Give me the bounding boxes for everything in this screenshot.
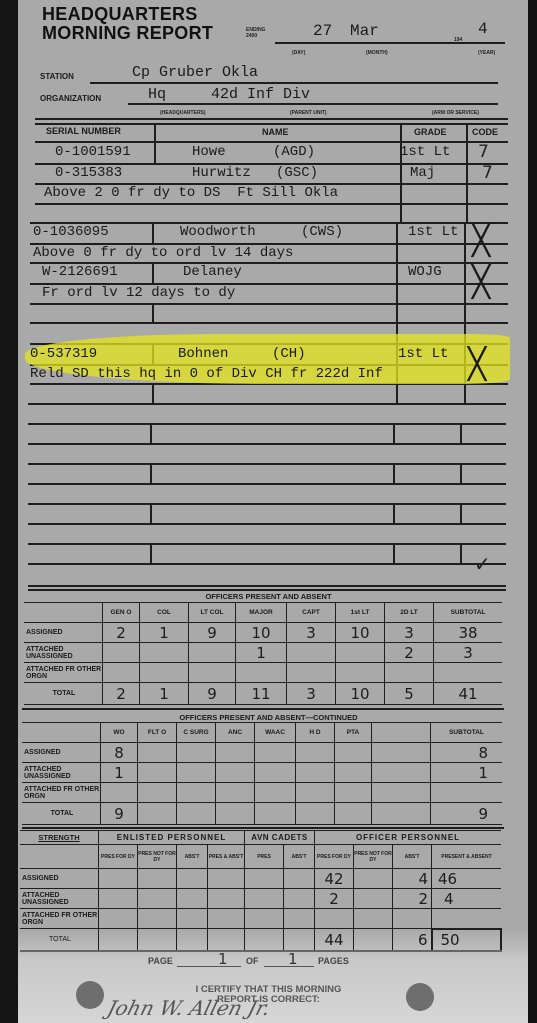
cell [138,783,177,803]
section-divider [22,708,504,710]
page-underline [177,966,241,967]
cell [431,783,503,803]
roster-name: Howe [192,144,226,160]
cell [385,663,434,683]
roster-grade: WOJG [408,264,442,280]
cell [138,909,177,929]
row-label: ATTACHED FR OTHER ORGN [22,783,101,803]
cell [189,663,236,683]
cell: 9 [189,623,236,643]
cell [354,869,393,889]
cell: 44 [315,929,354,951]
col-major: MAJOR [236,603,287,623]
cell [140,643,189,663]
cell [284,929,315,951]
col-hd: H D [296,723,335,743]
col-off-pres-not-for-dy: PRES NOT FOR DY [354,845,393,869]
cell [208,909,245,929]
col-1st-lt: 1st LT [336,603,385,623]
strength-table: STRENGTH ENLISTED PERSONNEL AVN CADETS O… [20,830,502,952]
cell [372,763,431,783]
cell [245,869,284,889]
roster-name: Hurwitz [192,165,251,181]
roster-grade: 1st Lt [408,224,458,240]
cell [216,803,255,825]
row-label: ASSIGNED [22,743,101,763]
cell [336,643,385,663]
roster-line [35,141,508,143]
cell: 3 [287,683,336,705]
col-pres-abst: PRES & ABS'T [208,845,245,869]
roster-line [30,322,508,324]
cell [177,783,216,803]
roster-col-divider [152,383,154,403]
col-pta: PTA [335,723,372,743]
cell: 1 [140,683,189,705]
cell: 2 [103,683,140,705]
cell [354,889,393,909]
report-month: Mar [350,22,379,40]
roster-col-divider [460,543,462,563]
cell [177,763,216,783]
cell [255,783,296,803]
cell [287,663,336,683]
cell: 2 [393,889,432,909]
cell [434,663,503,683]
cell [177,889,208,909]
cell: 38 [434,623,503,643]
roster-line [28,503,506,505]
cell [335,763,372,783]
organization-label: ORGANIZATION [40,94,101,103]
cell: 1 [236,643,287,663]
roster-bottom-line [28,585,506,587]
cell: 50 [432,929,502,951]
form-title-line1: HEADQUARTERS [42,5,198,24]
roster-line [28,423,506,425]
code-x-mark: ╳ [468,350,486,380]
group-enlisted: ENLISTED PERSONNEL [99,831,245,845]
cell [208,929,245,951]
form-title-line2: MORNING REPORT [42,24,213,43]
col-lt-col: LT COL [189,603,236,623]
group-avn-cadets: AVN CADETS [245,831,315,845]
strength-label: STRENGTH [20,831,99,845]
header-divider [35,118,508,120]
cell [245,909,284,929]
roster-branch: (CH) [272,346,306,362]
roster-col-divider [152,222,154,243]
report-year: 4 [478,20,488,38]
roster-name: Woodworth [180,224,256,240]
row-label: ATTACHED FR OTHER ORGN [20,909,99,929]
col-name: NAME [262,127,289,137]
of-label: OF [246,956,259,966]
row-label: TOTAL [22,803,101,825]
col-code: CODE [472,127,498,137]
roster-grade: 1st Lt [400,144,450,160]
cell [245,929,284,951]
roster-serial: 0-1001591 [55,144,131,160]
cell: 3 [434,643,503,663]
code-x-mark: ╳ [472,226,490,256]
cell [296,783,335,803]
cell [372,783,431,803]
col-subtotal: SUBTOTAL [431,723,503,743]
cell: 2 [315,889,354,909]
group-officer: OFFICER PERSONNEL [315,831,502,845]
cell [216,743,255,763]
cell [296,803,335,825]
roster-line [28,523,506,525]
roster-serial: 0-1036095 [33,224,109,240]
row-label: ASSIGNED [20,869,99,889]
cell: 1 [140,623,189,643]
row-label: TOTAL [20,929,99,951]
roster-serial: 0-537319 [30,346,97,362]
roster-remark: Fr ord lv 12 days to dy [42,285,235,301]
cell [296,763,335,783]
officers-continued-title: OFFICERS PRESENT AND ABSENT—CONTINUED [0,713,537,722]
roster-line [35,203,508,205]
station-underline [90,82,498,84]
station-label: STATION [40,72,74,81]
cell [255,763,296,783]
cell [255,743,296,763]
arm-caption: (ARM OR SERVICE) [432,110,479,116]
roster-line [28,563,506,565]
cell: 6 [393,929,432,951]
roster-col-divider [460,463,462,483]
cell [336,663,385,683]
cell [284,909,315,929]
row-label: ATTACHED UNASSIGNED [20,889,99,909]
cell: 9 [431,803,503,825]
col-grade: GRADE [414,127,447,137]
parent-unit-caption: (PARENT UNIT) [290,110,327,116]
row-label: TOTAL [24,683,103,705]
cell [177,909,208,929]
cell [335,743,372,763]
right-scan-border [528,0,537,1023]
month-caption: (MONTH) [366,50,388,56]
roster-col-divider [460,503,462,523]
cell [138,869,177,889]
cell [99,909,138,929]
cell [138,763,177,783]
cell [208,869,245,889]
cell [103,663,140,683]
cell: 9 [101,803,138,825]
cell [138,743,177,763]
cell: 2 [385,643,434,663]
roster-line [28,403,506,405]
roster-col-divider [393,503,395,523]
cell [99,869,138,889]
row-label: ATTACHED UNASSIGNED [24,643,103,663]
cell: 8 [431,743,503,763]
roster-col-divider [150,503,152,523]
roster-branch: (AGD) [273,144,315,160]
roster-col-divider [460,423,462,443]
roster-remark: Above 2 0 fr dy to DS Ft Sill Okla [44,185,338,201]
cell [177,803,216,825]
roster-col-divider [393,423,395,443]
cell [177,869,208,889]
signature: John W. Allen Jr. [105,996,273,1020]
cell [138,803,177,825]
cell [177,743,216,763]
officers-table-title: OFFICERS PRESENT AND ABSENT [0,592,537,601]
cell: 1 [101,763,138,783]
date-underline [275,42,505,44]
roster-col-divider [152,303,154,322]
organization-value: Hq 42d Inf Div [148,86,310,103]
cell [315,909,354,929]
officers-continued-table: WO FLT O C SURG ANC WAAC H D PTA SUBTOTA… [22,722,502,825]
roster-name: Bohnen [178,346,228,362]
cell: 4 [393,869,432,889]
cell [208,889,245,909]
year-caption: (YEAR) [478,50,495,56]
roster-serial: W-2126691 [42,264,118,280]
roster-serial: 0-315383 [55,165,122,181]
cell [354,909,393,929]
row-label: ASSIGNED [24,623,103,643]
cell [296,743,335,763]
roster-line [28,443,506,445]
col-avn-abst: ABS'T [284,845,315,869]
col-off-pres-for-dy: PRES FOR DY [315,845,354,869]
col-waac: WAAC [255,723,296,743]
cell [140,663,189,683]
footer-divider [20,950,502,952]
roster-line [30,303,508,305]
row-label: ATTACHED UNASSIGNED [22,763,101,783]
cell: 1 [431,763,503,783]
roster-top-line [35,123,508,125]
col-pres-not-for-dy: PRES NOT FOR DY [138,845,177,869]
cell [335,783,372,803]
roster-line [28,463,506,465]
roster-code: 7 [478,142,489,162]
roster-name: Delaney [183,264,242,280]
station-value: Cp Gruber Okla [132,64,258,81]
pages-label: PAGES [318,956,349,966]
cell [255,803,296,825]
col-serial-number: SERIAL NUMBER [46,126,121,136]
left-scan-border [0,0,18,1023]
cell: 3 [287,623,336,643]
cell: 5 [385,683,434,705]
cell: 4 [432,889,502,909]
roster-branch: (GSC) [276,165,318,181]
cell [236,663,287,683]
cell [99,929,138,951]
cell: 2 [103,623,140,643]
roster-col-divider [393,463,395,483]
roster-branch: (CWS) [301,224,343,240]
organization-underline [128,103,498,105]
cell [284,889,315,909]
col-capt: CAPT [287,603,336,623]
row-label: ATTACHED FR OTHER ORGN [24,663,103,683]
officers-table: GEN O COL LT COL MAJOR CAPT 1st LT 2D LT… [24,602,502,705]
cell [393,909,432,929]
cell: 10 [336,683,385,705]
roster-col-divider [152,262,154,283]
cell [245,889,284,909]
page-number: 1 [218,950,228,968]
roster-col-divider [393,543,395,563]
cell [216,783,255,803]
section-divider [22,827,504,829]
roster-col-divider [464,222,466,303]
roster-remark: Reld SD this hq in 0 of Div CH fr 222d I… [30,366,383,382]
cell: 46 [432,869,502,889]
cell: 10 [336,623,385,643]
cell: 41 [434,683,503,705]
cell [101,783,138,803]
day-caption: (DAY) [292,50,305,56]
col-wo: WO [101,723,138,743]
cell: 3 [385,623,434,643]
roster-code: 7 [482,163,493,183]
col-flt-o: FLT O [138,723,177,743]
cell: 9 [189,683,236,705]
page-label: PAGE [148,956,173,966]
cell [335,803,372,825]
cell [138,889,177,909]
col-avn-pres: PRES [245,845,284,869]
roster-col-divider [154,123,156,163]
col-anc: ANC [216,723,255,743]
cell: 8 [101,743,138,763]
cell [189,643,236,663]
roster-bottom-line [28,589,506,591]
code-x-mark: ╳ [472,268,490,298]
cell [287,643,336,663]
col-2d-lt: 2D LT [385,603,434,623]
roster-col-divider [150,463,152,483]
roster-col-divider [400,123,402,223]
roster-line [28,543,506,545]
col-off-abst: ABS'T [393,845,432,869]
cell [138,929,177,951]
col-c-surg: C SURG [177,723,216,743]
col-gen-o: GEN O [103,603,140,623]
cell [372,743,431,763]
col-off-present-absent: PRESENT & ABSENT [432,845,502,869]
roster-remark: Above 0 fr dy to ord lv 14 days [33,245,293,261]
check-mark-icon: ✓ [474,552,491,576]
roster-grade: 1st Lt [398,346,448,362]
cell: 10 [236,623,287,643]
cell [99,889,138,909]
cell [354,929,393,951]
cell [216,763,255,783]
col-blank [372,723,431,743]
ending-label: ENDING 2400 [246,27,274,39]
roster-grade: Maj [410,165,435,181]
cell: 42 [315,869,354,889]
roster-line [28,483,506,485]
roster-col-divider [150,543,152,563]
cell [284,869,315,889]
col-subtotal: SUBTOTAL [434,603,503,623]
col-pres-for-dy: PRES FOR DY [99,845,138,869]
cell [177,929,208,951]
report-day: 27 [313,22,332,40]
col-abst: ABS'T [177,845,208,869]
roster-col-divider [150,423,152,443]
total-pages: 1 [288,950,298,968]
year-prefix: 194 [454,37,462,43]
cell: 11 [236,683,287,705]
cell [372,803,431,825]
roster-col-divider [396,222,398,303]
hq-caption: (HEADQUARTERS) [160,110,206,116]
cell [432,909,502,929]
col-col: COL [140,603,189,623]
cell [103,643,140,663]
roster-col-divider [466,123,468,223]
